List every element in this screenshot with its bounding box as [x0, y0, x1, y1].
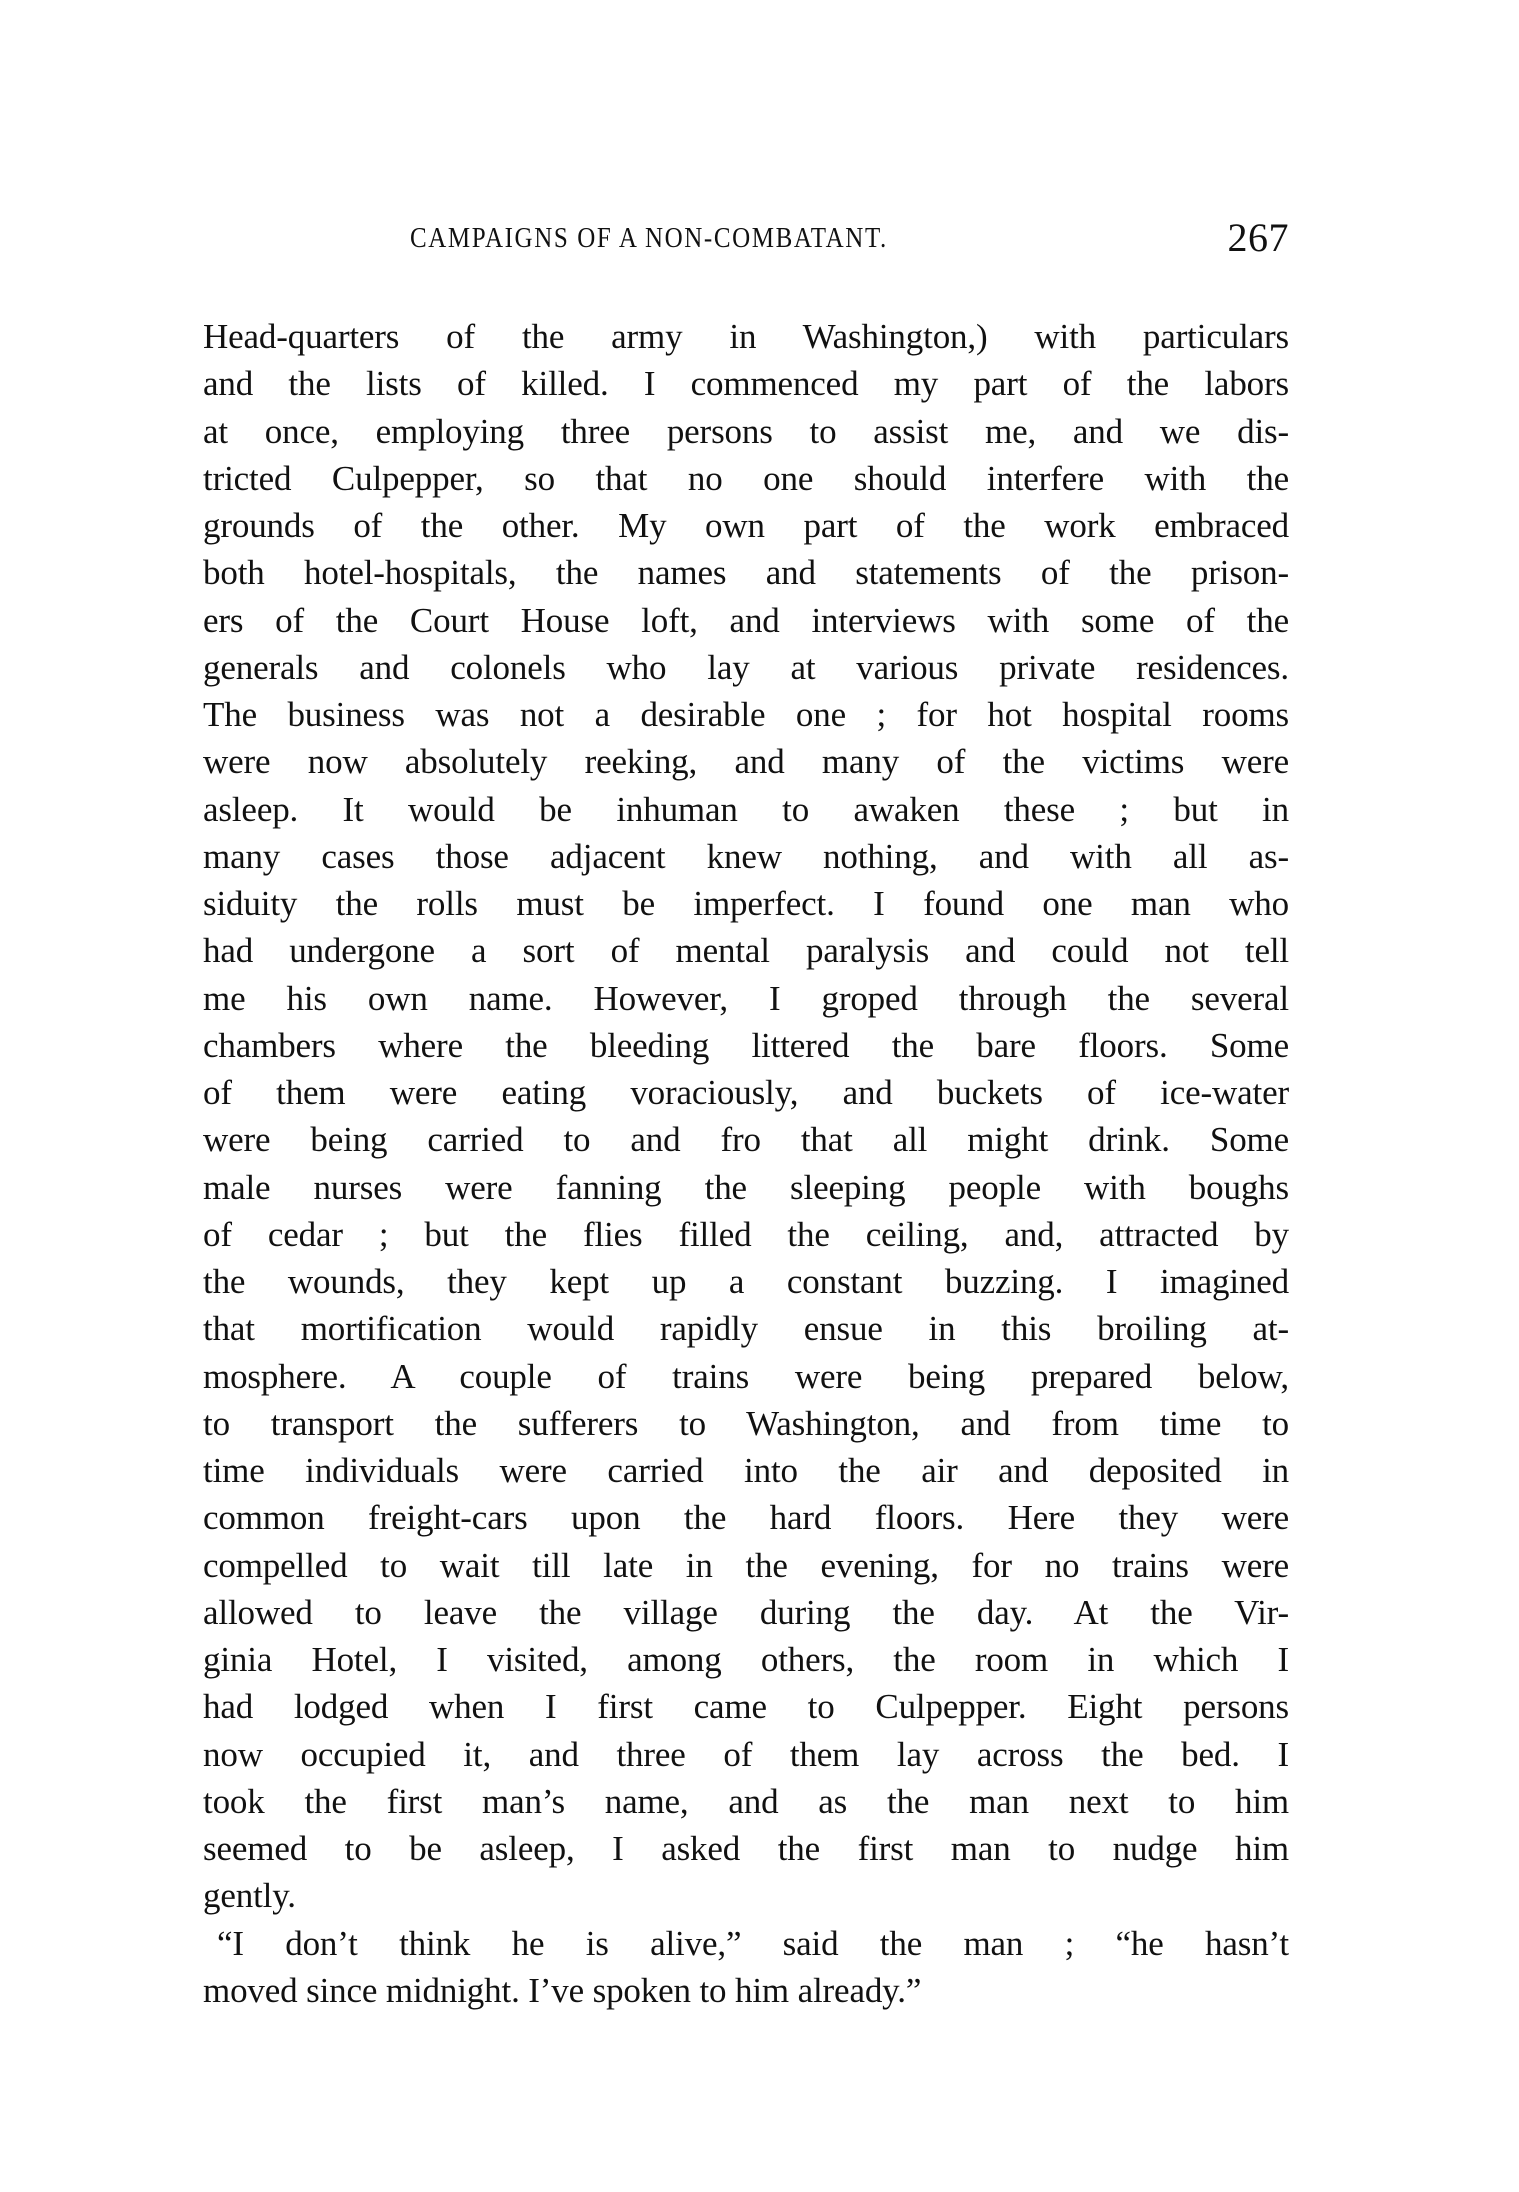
text-line: asleep. It would be inhuman to awaken th…: [203, 786, 1289, 833]
text-line: had undergone a sort of mental paralysis…: [203, 927, 1289, 974]
text-line: The business was not a desirable one ; f…: [203, 691, 1289, 738]
page-number: 267: [1228, 216, 1290, 260]
text-line: the wounds, they kept up a constant buzz…: [203, 1258, 1289, 1305]
text-line: of cedar ; but the flies filled the ceil…: [203, 1211, 1289, 1258]
text-line: were being carried to and fro that all m…: [203, 1116, 1289, 1163]
text-line: seemed to be asleep, I asked the first m…: [203, 1825, 1289, 1872]
text-line: many cases those adjacent knew nothing, …: [203, 833, 1289, 880]
text-line: compelled to wait till late in the eveni…: [203, 1542, 1289, 1589]
dialogue-line: “I don’t think he is alive,” said the ma…: [203, 1920, 1289, 1967]
text-line: mosphere. A couple of trains were being …: [203, 1353, 1289, 1400]
text-line: Head-quarters of the army in Washington,…: [203, 313, 1289, 360]
text-line: generals and colonels who lay at various…: [203, 644, 1289, 691]
text-line: ginia Hotel, I visited, among others, th…: [203, 1636, 1289, 1683]
running-head: CAMPAIGNS OF A NON-COMBATANT. 267: [203, 219, 1289, 259]
paragraph-end-line: gently.: [203, 1872, 1289, 1919]
text-line: time individuals were carried into the a…: [203, 1447, 1289, 1494]
text-line: took the first man’s name, and as the ma…: [203, 1778, 1289, 1825]
text-line: and the lists of killed. I commenced my …: [203, 360, 1289, 407]
text-line: chambers where the bleeding littered the…: [203, 1022, 1289, 1069]
text-line: now occupied it, and three of them lay a…: [203, 1731, 1289, 1778]
text-line: allowed to leave the village during the …: [203, 1589, 1289, 1636]
text-line: at once, employing three persons to assi…: [203, 408, 1289, 455]
text-line: of them were eating voraciously, and buc…: [203, 1069, 1289, 1116]
text-line: siduity the rolls must be imperfect. I f…: [203, 880, 1289, 927]
text-line: tricted Culpepper, so that no one should…: [203, 455, 1289, 502]
paragraph-end-line: moved since midnight. I’ve spoken to him…: [203, 1967, 1289, 2014]
text-line: ers of the Court House loft, and intervi…: [203, 597, 1289, 644]
text-line: were now absolutely reeking, and many of…: [203, 738, 1289, 785]
text-line: had lodged when I first came to Culpeppe…: [203, 1683, 1289, 1730]
text-line: common freight-cars upon the hard floors…: [203, 1494, 1289, 1541]
text-line: grounds of the other. My own part of the…: [203, 502, 1289, 549]
text-line: male nurses were fanning the sleeping pe…: [203, 1164, 1289, 1211]
text-line: that mortification would rapidly ensue i…: [203, 1305, 1289, 1352]
text-line: both hotel-hospitals, the names and stat…: [203, 549, 1289, 596]
body-text: Head-quarters of the army in Washington,…: [203, 313, 1289, 2014]
book-page: CAMPAIGNS OF A NON-COMBATANT. 267 Head-q…: [0, 0, 1519, 2192]
text-line: me his own name. However, I groped throu…: [203, 975, 1289, 1022]
text-line: to transport the sufferers to Washington…: [203, 1400, 1289, 1447]
running-title: CAMPAIGNS OF A NON-COMBATANT.: [410, 217, 888, 262]
